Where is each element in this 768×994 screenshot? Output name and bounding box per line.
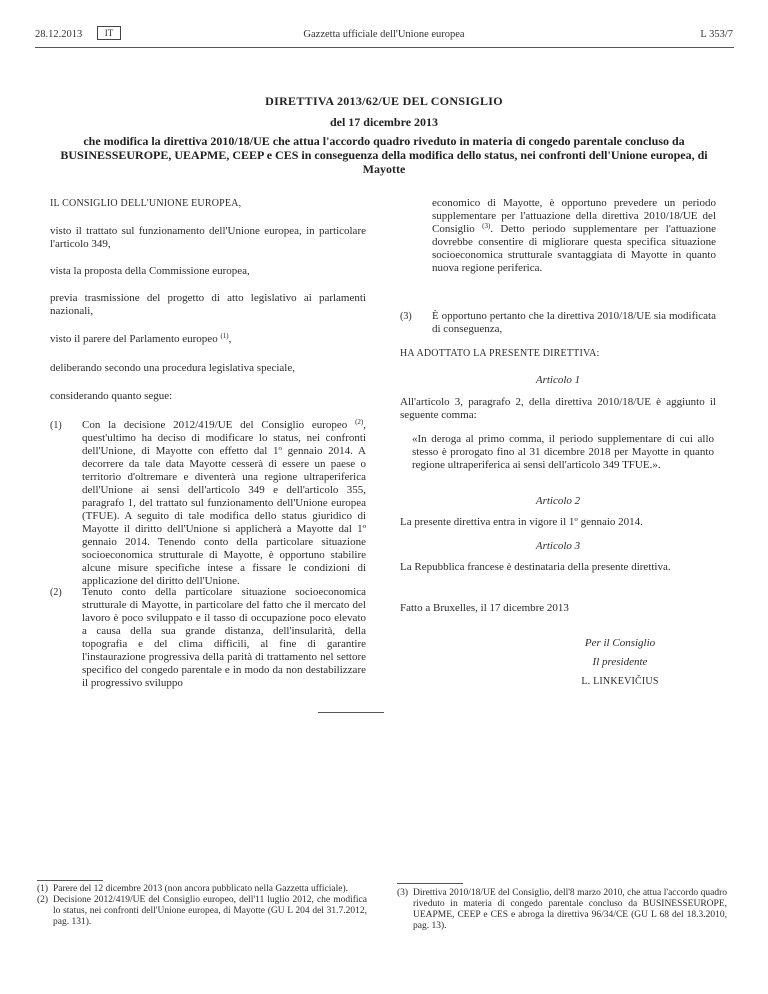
citation-transmission: previa trasmissione del progetto di atto… [50, 292, 366, 318]
footnote-rule-left [37, 880, 103, 881]
article-2-text: La presente direttiva entra in vigore il… [400, 516, 716, 529]
article-1-text: All'articolo 3, paragrafo 2, della diret… [400, 396, 716, 422]
footnote-1: (1) Parere del 12 dicembre 2013 (non anc… [37, 884, 367, 895]
footnote-3: (3) Direttiva 2010/18/UE del Consiglio, … [397, 888, 727, 932]
end-separator [318, 712, 384, 713]
recital-2: (2) Tenuto conto della particolare situa… [50, 586, 366, 690]
citation-parliament: visto il parere del Parlamento europeo (… [50, 333, 366, 346]
signature-for: Per il Consiglio [530, 637, 710, 649]
journal-title: Gazzetta ufficiale dell'Unione europea [0, 29, 768, 40]
signatory-name: L. LINKEVIČIUS [530, 676, 710, 687]
recital-text: Con la decisione 2012/419/UE del Consigl… [82, 419, 366, 588]
footnote-rule-right [397, 883, 463, 884]
recital-number: (3) [400, 310, 432, 336]
recital-2-continued: economico di Mayotte, è opportuno preved… [400, 197, 716, 275]
footnote-2: (2) Decisione 2012/419/UE del Consiglio … [37, 895, 367, 928]
directive-subject: che modifica la direttiva 2010/18/UE che… [60, 134, 708, 176]
footnote-ref-1[interactable]: (1) [220, 334, 228, 345]
institution-heading: IL CONSIGLIO DELL'UNIONE EUROPEA, [50, 197, 366, 210]
recital-1: (1) Con la decisione 2012/419/UE del Con… [50, 419, 366, 588]
directive-title: DIRETTIVA 2013/62/UE DEL CONSIGLIO [60, 94, 708, 109]
citation-procedure: deliberando secondo una procedura legisl… [50, 362, 366, 375]
signature-role: Il presidente [530, 656, 710, 668]
recital-number: (2) [50, 586, 82, 690]
recital-text: Tenuto conto della particolare situazion… [82, 586, 366, 690]
recital-3: (3) È opportuno pertanto che la direttiv… [400, 310, 716, 336]
article-2-heading: Articolo 2 [400, 495, 716, 508]
article-3-heading: Articolo 3 [400, 540, 716, 553]
citation-proposal: vista la proposta della Commissione euro… [50, 265, 366, 278]
recital-text: È opportuno pertanto che la direttiva 20… [432, 310, 716, 336]
header-rule [35, 47, 734, 48]
article-1-heading: Articolo 1 [400, 374, 716, 387]
citation-whereas: considerando quanto segue: [50, 390, 366, 403]
footnotes-left: (1) Parere del 12 dicembre 2013 (non anc… [37, 884, 367, 928]
recital-number: (1) [50, 419, 82, 588]
page-reference: L 353/7 [700, 29, 733, 40]
citation-treaty: visto il trattato sul funzionamento dell… [50, 225, 366, 251]
article-1-quote: «In deroga al primo comma, il periodo su… [412, 433, 714, 472]
article-3-text: La Repubblica francese è destinataria de… [400, 561, 716, 574]
place-and-date: Fatto a Bruxelles, il 17 dicembre 2013 [400, 602, 716, 615]
footnotes-right: (3) Direttiva 2010/18/UE del Consiglio, … [397, 888, 727, 932]
directive-date: del 17 dicembre 2013 [60, 115, 708, 130]
adoption-formula: HA ADOTTATO LA PRESENTE DIRETTIVA: [400, 347, 716, 360]
